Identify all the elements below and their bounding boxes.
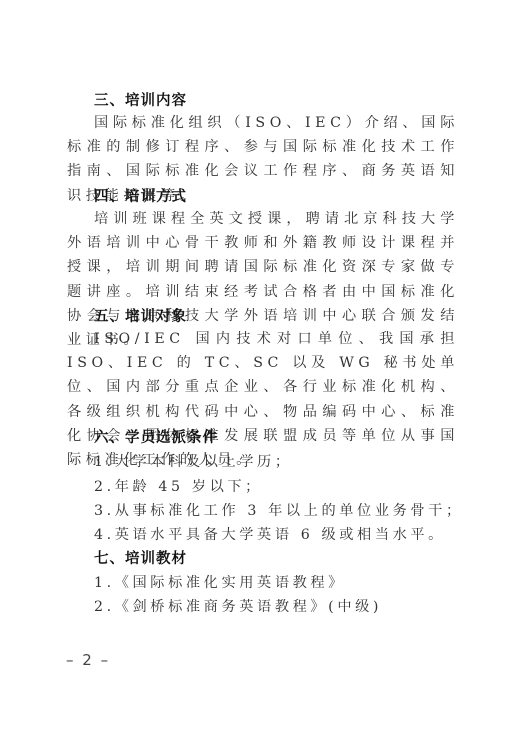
requirement-item: 4.英语水平具备大学英语 6 级或相当水平。 (94, 525, 446, 545)
section-heading-requirements: 六、学员选派条件 (94, 428, 218, 448)
material-item: 2.《剑桥标准商务英语教程》(中级) (94, 597, 382, 617)
requirement-item: 2.年龄 45 岁以下； (94, 477, 263, 497)
section-heading-audience: 五、培训对象 (94, 307, 187, 327)
material-item: 1.《国际标准化实用英语教程》 (94, 573, 346, 593)
page-number: – 2 – (66, 651, 110, 669)
requirement-item: 1.大学本科及以上学历； (94, 452, 293, 472)
section-heading-materials: 七、培训教材 (94, 549, 187, 569)
document-page: 三、培训内容 国际标准化组织（ISO、IEC）介绍、国际标准的制修订程序、参与国… (0, 0, 515, 730)
section-heading-method: 四、培训方式 (94, 187, 187, 207)
requirement-item: 3.从事标准化工作 3 年以上的单位业务骨干； (94, 501, 464, 521)
section-paragraph-audience: ISO/IEC 国内技术对口单位、我国承担 ISO、IEC 的 TC、SC 以及… (67, 327, 459, 472)
section-heading-content: 三、培训内容 (94, 91, 187, 111)
